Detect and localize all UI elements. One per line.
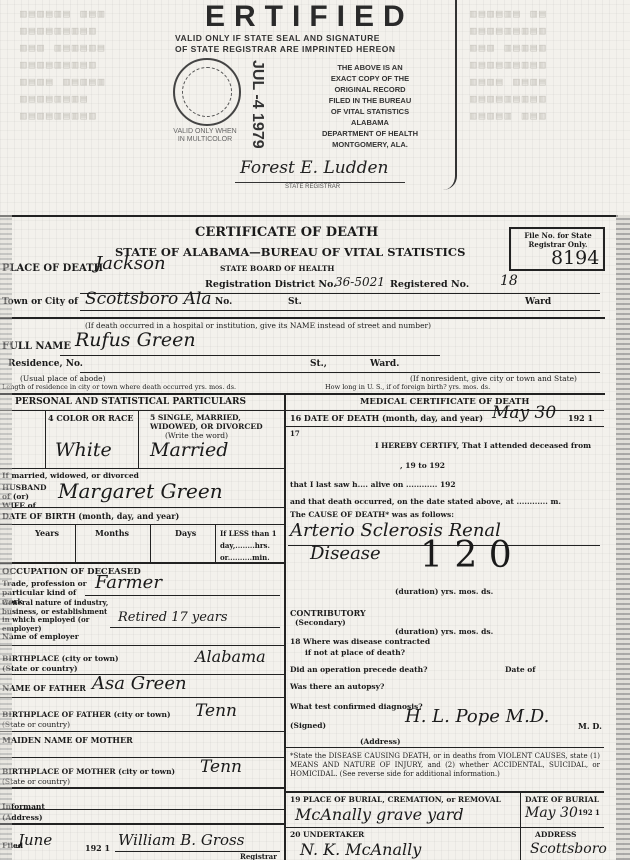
occupation-value: Farmer bbox=[95, 572, 162, 593]
instructions-footnote: *State the DISEASE CAUSING DEATH, or in … bbox=[290, 752, 600, 779]
color-race-value: White bbox=[55, 439, 112, 461]
physician-signature: H. L. Pope M.D. bbox=[405, 706, 549, 727]
certification-text: THE ABOVE IS AN EXACT COPY OF THE ORIGIN… bbox=[295, 62, 445, 150]
spouse-name-value: Margaret Green bbox=[58, 479, 223, 503]
registered-number-value: 18 bbox=[500, 273, 518, 289]
divider bbox=[284, 791, 604, 793]
local-registrar-signature: William B. Gross bbox=[118, 831, 244, 849]
divider bbox=[0, 731, 284, 732]
scan-edge-noise bbox=[616, 215, 630, 860]
state-seal-icon bbox=[173, 58, 241, 126]
divider bbox=[0, 697, 284, 698]
divider bbox=[150, 524, 151, 562]
divider bbox=[0, 562, 284, 564]
divider bbox=[80, 310, 600, 311]
city-value: Scottsboro Ala bbox=[85, 289, 212, 309]
divider bbox=[0, 393, 605, 395]
burial-date-value: May 30 bbox=[525, 805, 578, 821]
file-number-box: File No. for State Registrar Only. 8194 bbox=[509, 227, 605, 271]
background-watermark: ▥▤▥▤▥▤ ▥▤▥▥▤▥▤▥▤▥▤▥▥▤▥ ▥▤▥▤▥▤▥▤▥▤▥▤▥▤▥▥▤… bbox=[20, 5, 106, 124]
burial-place-value: McAnally grave yard bbox=[295, 805, 464, 824]
column-divider bbox=[284, 393, 286, 860]
death-certificate: CERTIFICATE OF DEATH STATE OF ALABAMA—BU… bbox=[0, 215, 618, 860]
divider bbox=[520, 791, 521, 860]
board-of-health: STATE BOARD OF HEALTH bbox=[220, 264, 335, 273]
certificate-subtitle: STATE OF ALABAMA—BUREAU OF VITAL STATIST… bbox=[115, 245, 465, 259]
divider bbox=[45, 410, 46, 468]
personal-section-header: PERSONAL AND STATISTICAL PARTICULARS bbox=[15, 397, 246, 407]
certificate-title: CERTIFICATE OF DEATH bbox=[195, 225, 378, 240]
divider bbox=[0, 809, 284, 810]
state-registrar-label: STATE REGISTRAR bbox=[285, 184, 340, 190]
divider bbox=[235, 182, 405, 183]
filed-date-value: June bbox=[18, 831, 52, 849]
divider bbox=[110, 627, 280, 628]
divider bbox=[85, 595, 280, 596]
divider bbox=[75, 524, 76, 562]
divider bbox=[284, 426, 604, 427]
file-number: 8194 bbox=[551, 247, 599, 269]
divider bbox=[138, 410, 139, 468]
full-name-value: Rufus Green bbox=[75, 329, 196, 351]
birthplace-value: Alabama bbox=[195, 647, 266, 666]
divider bbox=[0, 787, 284, 789]
county-value: Jackson bbox=[95, 253, 166, 274]
divider bbox=[0, 524, 284, 525]
cause-duration-value: 1 2 0 bbox=[420, 535, 512, 576]
certification-stamp: ERTIFIED VALID ONLY IF STATE SEAL AND SI… bbox=[165, 0, 457, 190]
undertaker-address-value: Scottsboro bbox=[530, 841, 607, 857]
divider bbox=[284, 747, 604, 748]
seal-caption: VALID ONLY WHEN IN MULTICOLOR bbox=[173, 128, 237, 144]
date-of-death-value: May 30 bbox=[492, 403, 556, 423]
date-stamp: JUL -4 1979 bbox=[248, 60, 266, 149]
father-name-value: Asa Green bbox=[92, 673, 187, 694]
divider bbox=[0, 645, 284, 646]
state-registrar-signature: Forest E. Ludden bbox=[240, 158, 388, 178]
mother-birthplace-value: Tenn bbox=[200, 757, 242, 777]
divider bbox=[284, 827, 604, 828]
background-watermark: ▥▤▥▤▥▤ ▥▤▥▤▥▤▥▤▥▤▥▥▤▥ ▥▤▥▤▥▥▤▥▤▥▤▥▤▥▥▤▥▤… bbox=[470, 5, 548, 124]
divider bbox=[215, 524, 216, 562]
scan-edge-noise bbox=[0, 215, 12, 860]
stamp-validity-text: VALID ONLY IF STATE SEAL AND SIGNATURE O… bbox=[175, 33, 396, 55]
undertaker-value: N. K. McAnally bbox=[300, 840, 421, 859]
divider bbox=[80, 372, 600, 373]
divider bbox=[0, 468, 284, 469]
cause-of-death-value-2: Disease bbox=[310, 543, 381, 564]
divider bbox=[0, 507, 284, 508]
divider bbox=[0, 410, 284, 411]
divider bbox=[0, 317, 605, 319]
industry-value: Retired 17 years bbox=[118, 610, 228, 625]
marital-status-value: Married bbox=[150, 439, 228, 461]
registration-district-value: 36-5021 bbox=[335, 275, 385, 289]
stamp-heading: ERTIFIED bbox=[205, 0, 414, 34]
father-birthplace-value: Tenn bbox=[195, 701, 237, 721]
divider bbox=[0, 823, 284, 825]
divider bbox=[60, 355, 440, 356]
